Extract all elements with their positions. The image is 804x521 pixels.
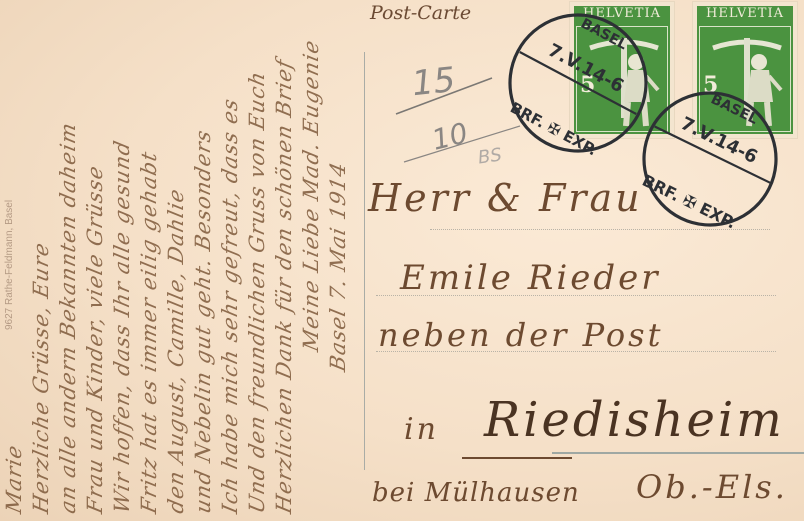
- message-line: Wir hoffen, dass Ihr alle gesund: [110, 138, 134, 516]
- message-line: Frau und Kinder, viele Grüsse: [83, 163, 107, 516]
- stamp-country: HELVETIA: [697, 5, 793, 23]
- pencil-initials: BS: [477, 144, 503, 168]
- message-dateline: Basel 7. Mai 1914: [326, 159, 350, 373]
- message-line: an alle andern Bekannten daheim: [56, 120, 80, 516]
- message-line: Meine Liebe Mad. Eugenie: [299, 37, 323, 353]
- address-city: Riedisheim: [484, 392, 785, 448]
- card-title: Post-Carte: [370, 2, 471, 24]
- message-line: Herzliche Grüsse, Eure: [29, 240, 53, 516]
- postcard: Basel 7. Mai 1914Meine Liebe Mad. Eugeni…: [0, 0, 804, 521]
- message-line: Fritz hat es immer eilig gehabt: [137, 149, 161, 516]
- message-line: Und den freundlichen Gruss von Euch: [245, 69, 269, 516]
- publisher-imprint: 9627 Rathe-Feldmann, Basel: [4, 140, 15, 330]
- stamp-1: HELVETIA 5: [570, 2, 674, 138]
- stamp-2: HELVETIA 5: [693, 2, 797, 138]
- message-line: Ich habe mich sehr gefreut, dass es: [218, 96, 242, 516]
- address-rule: [552, 452, 804, 454]
- handwritten-message: Basel 7. Mai 1914Meine Liebe Mad. Eugeni…: [0, 0, 362, 521]
- pencil-crossed-number: 15: [410, 60, 457, 104]
- svg-text:BRF. ✠ EXP.: BRF. ✠ EXP.: [639, 171, 739, 233]
- address-province: Ob.-Els.: [636, 468, 788, 506]
- message-line: und Nebelin gut geht. Besonders: [191, 127, 215, 515]
- pencil-value: 10: [429, 116, 472, 157]
- message-line: Herzlichen Dank für den schönen Brief: [272, 57, 296, 516]
- address-region: bei Mülhausen: [372, 478, 580, 508]
- city-underline: [462, 457, 572, 459]
- stamp-value: 5: [703, 72, 718, 98]
- address-street: neben der Post: [378, 316, 663, 354]
- message-panel: Basel 7. Mai 1914Meine Liebe Mad. Eugeni…: [0, 0, 362, 521]
- address-rule: [430, 229, 770, 230]
- address-recipient-name: Emile Rieder: [400, 258, 660, 298]
- message-line: den August, Camille, Dahlie: [164, 186, 188, 516]
- address-recipient-title: Herr & Frau: [368, 176, 643, 220]
- address-preposition: in: [404, 412, 439, 447]
- stamp-value: 5: [580, 72, 595, 98]
- stamp-country: HELVETIA: [574, 5, 670, 23]
- divider-line: [364, 52, 365, 470]
- message-line: Marie: [2, 442, 26, 515]
